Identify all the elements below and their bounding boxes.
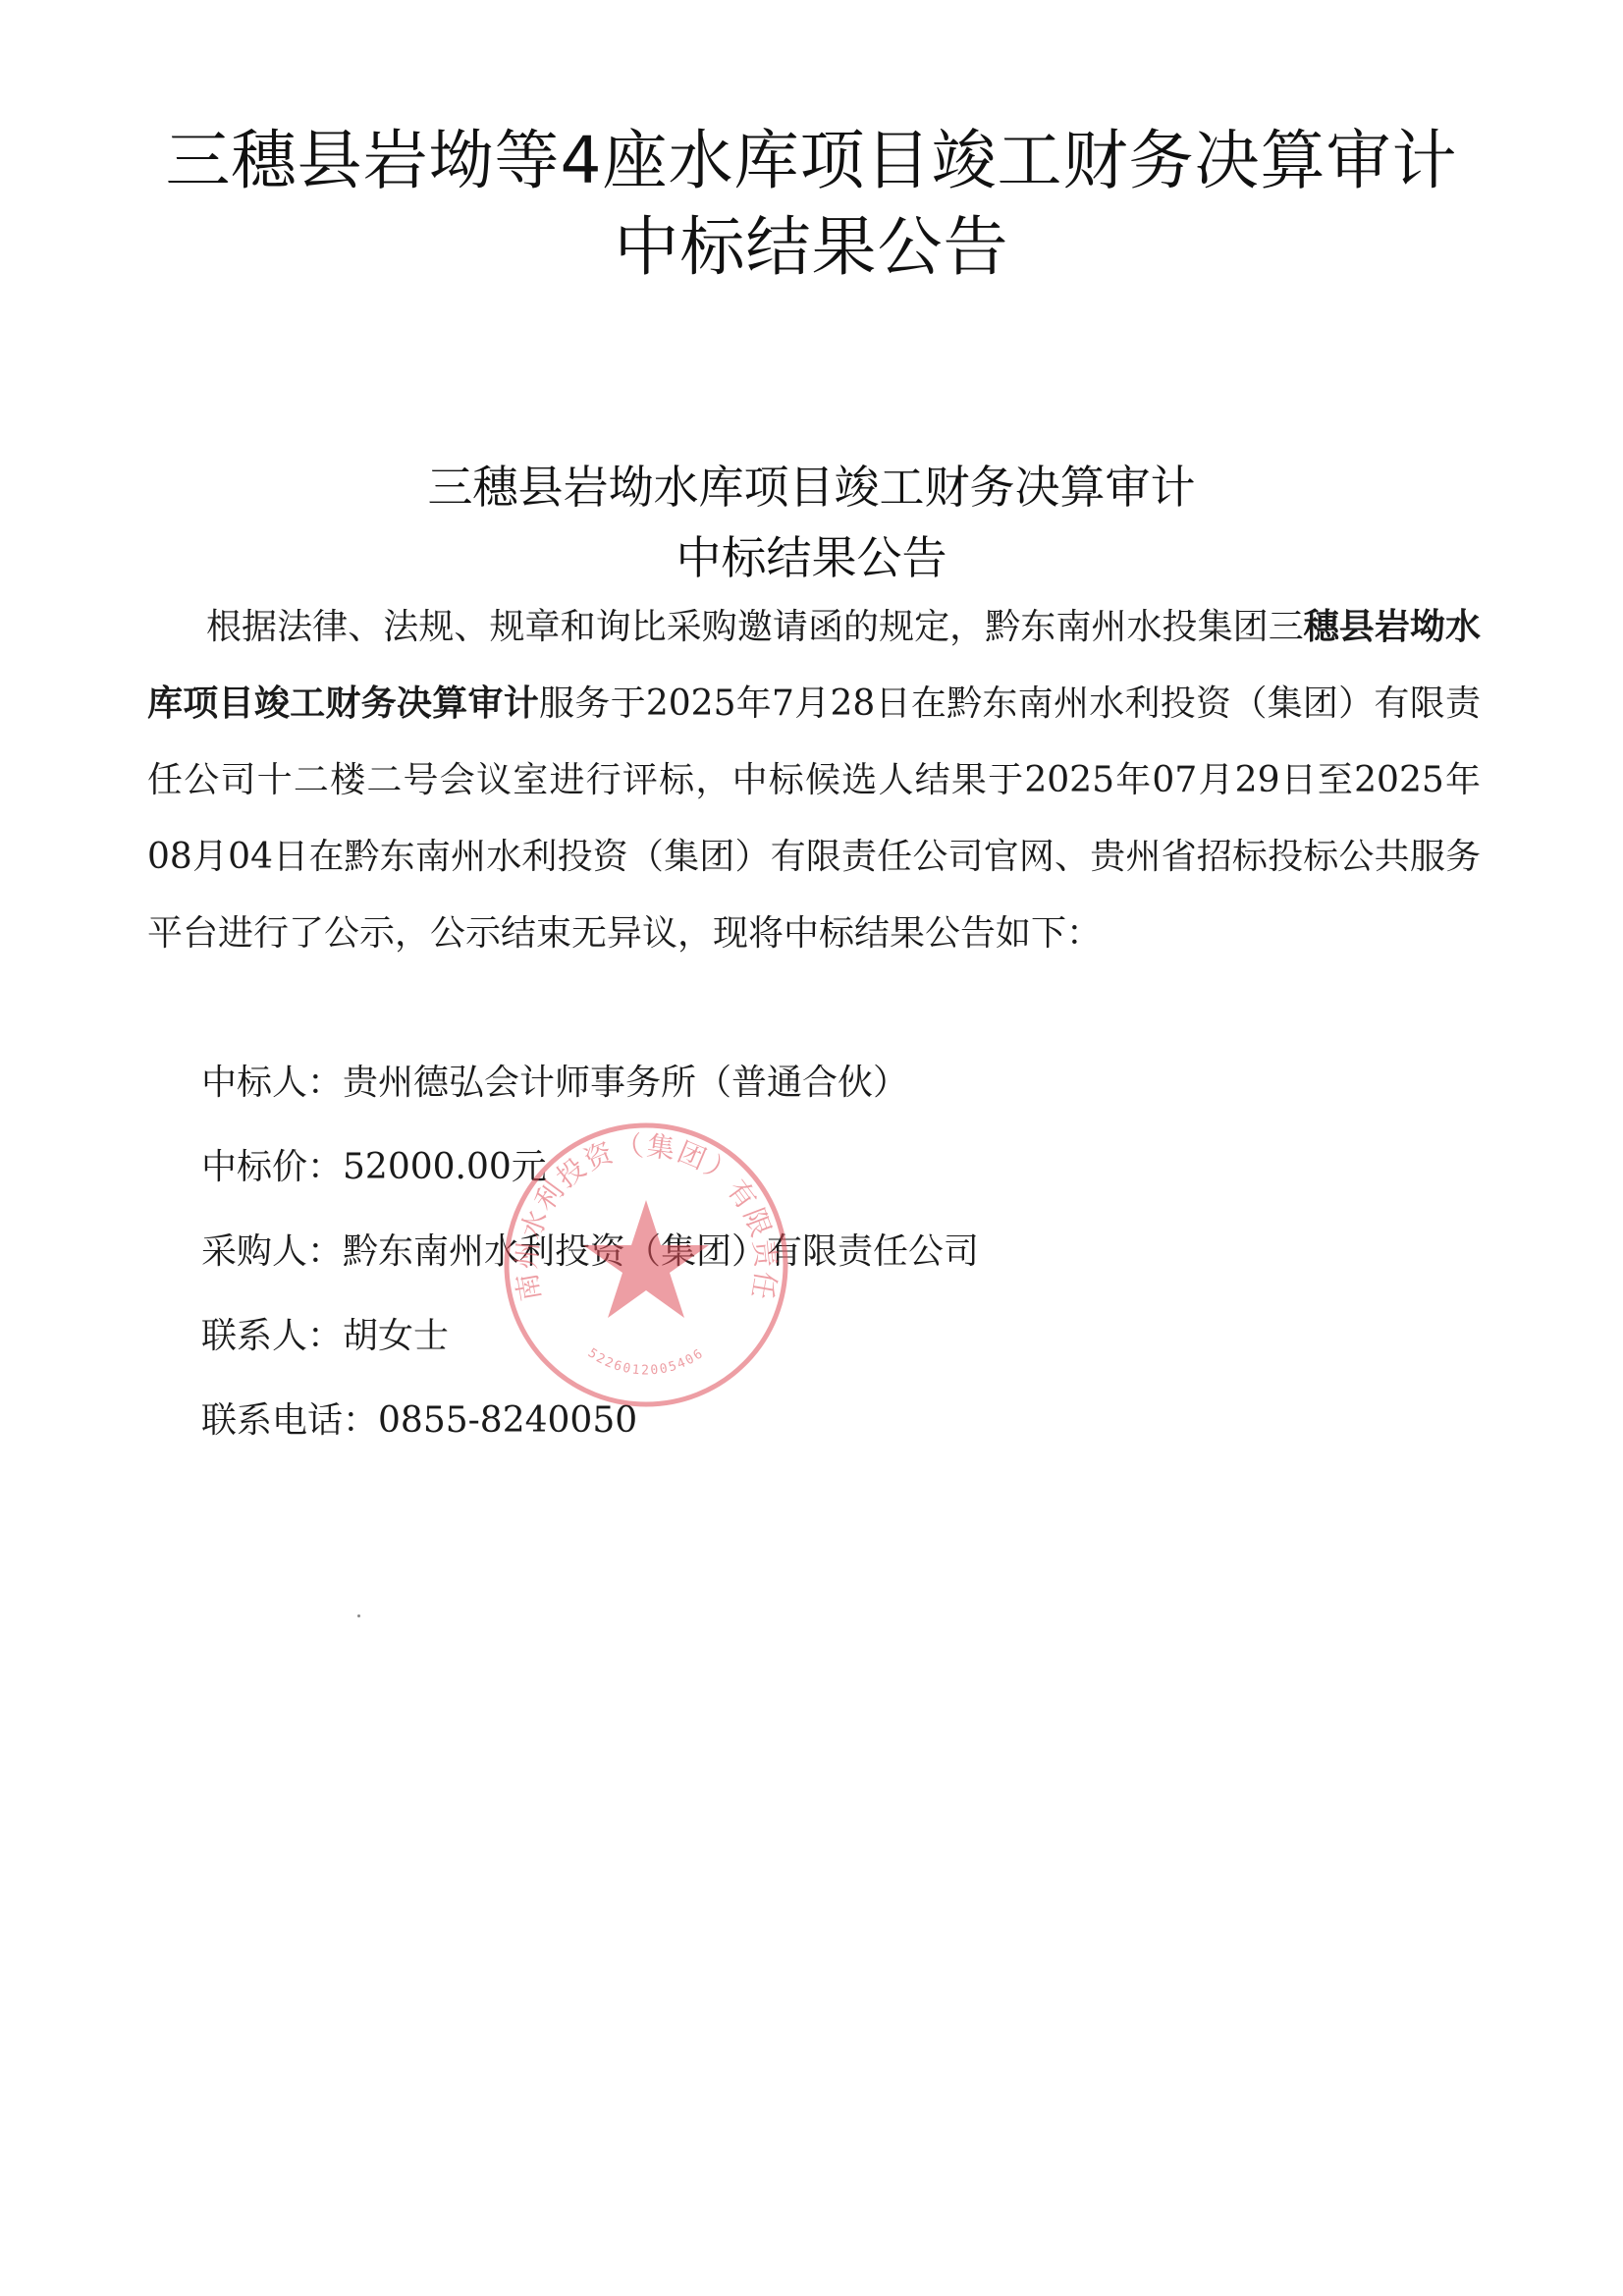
result-value: 52000.00元 — [343, 1147, 547, 1187]
result-value: 黔东南州水利投资（集团）有限责任公司 — [343, 1231, 979, 1272]
result-value: 胡女士 — [343, 1316, 449, 1356]
scan-speck — [357, 1614, 360, 1617]
result-label: 联系电话： — [201, 1400, 378, 1441]
main-title-line2: 中标结果公告 — [0, 204, 1623, 291]
result-label: 联系人： — [201, 1316, 343, 1356]
result-label: 中标价： — [201, 1147, 343, 1187]
sub-title-line1: 三穗县岩坳水库项目竣工财务决算审计 — [0, 452, 1623, 522]
result-value: 0855-8240050 — [378, 1400, 637, 1441]
sub-title-line2: 中标结果公告 — [0, 522, 1623, 593]
body-paragraph: 根据法律、法规、规章和询比采购邀请函的规定，黔东南州水投集团三穗县岩坳水库项目竣… — [147, 589, 1481, 972]
result-value: 贵州德弘会计师事务所（普通合伙） — [343, 1063, 908, 1103]
results-list: 中标人：贵州德弘会计师事务所（普通合伙） 中标价：52000.00元 采购人：黔… — [201, 1051, 979, 1473]
body-text-part2: 服务于2025年7月28日在黔东南州水利投资（集团）有限责任公司十二楼二号会议室… — [147, 683, 1481, 954]
result-label: 中标人： — [201, 1063, 343, 1103]
body-text-part1: 根据法律、法规、规章和询比采购邀请函的规定，黔东南州水投集团三 — [206, 607, 1304, 647]
result-label: 采购人： — [201, 1231, 343, 1272]
result-winner: 中标人：贵州德弘会计师事务所（普通合伙） — [201, 1051, 979, 1135]
main-title: 三穗县岩坳等4座水库项目竣工财务决算审计 中标结果公告 — [0, 118, 1623, 291]
result-phone: 联系电话：0855-8240050 — [201, 1389, 979, 1473]
result-price: 中标价：52000.00元 — [201, 1135, 979, 1220]
result-contact: 联系人：胡女士 — [201, 1304, 979, 1389]
main-title-line1: 三穗县岩坳等4座水库项目竣工财务决算审计 — [0, 118, 1623, 204]
result-purchaser: 采购人：黔东南州水利投资（集团）有限责任公司 — [201, 1220, 979, 1304]
sub-title: 三穗县岩坳水库项目竣工财务决算审计 中标结果公告 — [0, 452, 1623, 593]
